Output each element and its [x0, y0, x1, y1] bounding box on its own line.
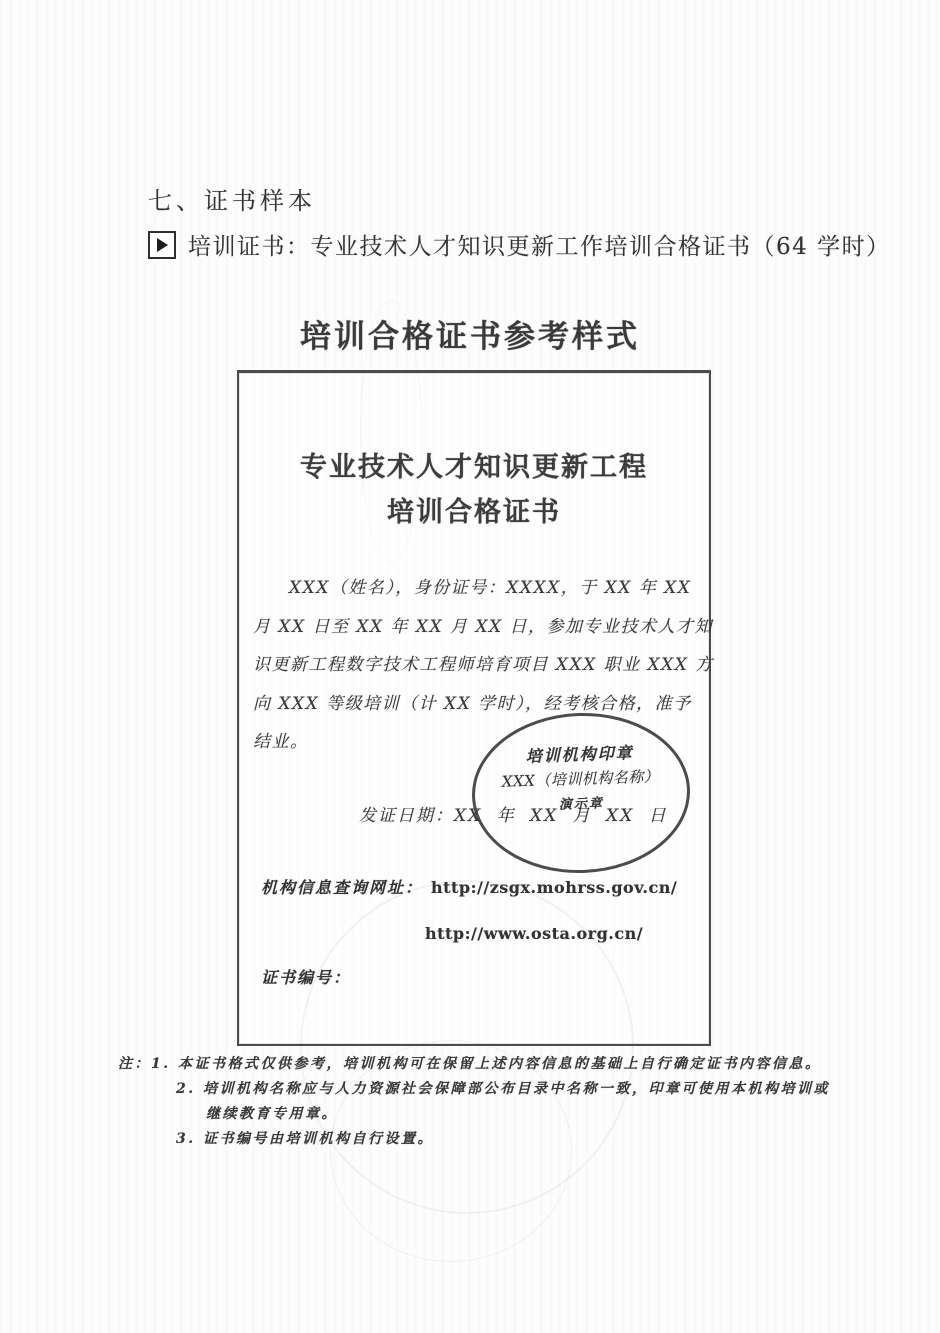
certificate-title-line2: 培训合格证书 — [239, 490, 709, 529]
body-line: XXX（姓名），身份证号：XXXX，于 XX 年 XX — [253, 569, 697, 608]
certificate-box: 专业技术人才知识更新工程 培训合格证书 XXX（姓名），身份证号：XXXX，于 … — [237, 370, 711, 1046]
note-line: 3. 证书编号由培训机构自行设置。 — [118, 1127, 928, 1152]
body-line: 识更新工程数字技术工程师培育项目 XXX 职业 XXX 方 — [253, 646, 697, 685]
seal-line1: 培训机构印章 — [473, 738, 686, 768]
seal-line2: XXX（培训机构名称） — [474, 764, 687, 792]
note-line: 2. 培训机构名称应与人力资源社会保障部公布目录中名称一致，印章可使用本机构培训… — [118, 1077, 928, 1102]
play-triangle-icon — [157, 238, 168, 252]
body-line: 月 XX 日至 XX 年 XX 月 XX 日，参加专业技术人才知 — [253, 608, 697, 647]
seal-line3: 演示章 — [475, 789, 688, 815]
seal-text: 培训机构印章 XXX（培训机构名称） 演示章 — [473, 738, 687, 815]
certificate-title-line1: 专业技术人才知识更新工程 — [239, 445, 709, 484]
sample-style-heading: 培训合格证书参考样式 — [0, 311, 940, 356]
body-line: 向 XXX 等级培训（计 XX 学时），经考核合格，准予 — [253, 685, 697, 724]
query-url-label: 机构信息查询网址： — [261, 878, 423, 897]
note-line: 继续教育专用章。 — [118, 1102, 928, 1127]
bullet-item-label: 培训证书：专业技术人才知识更新工作培训合格证书（64 学时） — [188, 228, 891, 261]
query-url-line: 机构信息查询网址：http://zsgx.mohrss.gov.cn/ — [261, 875, 677, 898]
footnotes: 注：1. 本证书格式仅供参考，培训机构可在保留上述内容信息的基础上自行确定证书内… — [118, 1052, 928, 1152]
section-title: 七、证书样本 — [148, 181, 316, 216]
note-line: 注：1. 本证书格式仅供参考，培训机构可在保留上述内容信息的基础上自行确定证书内… — [118, 1052, 928, 1077]
bullet-item: 培训证书：专业技术人才知识更新工作培训合格证书（64 学时） — [148, 228, 868, 261]
secondary-url: http://www.osta.org.cn/ — [425, 924, 643, 943]
certificate-number-label: 证书编号： — [261, 965, 351, 988]
play-bullet-icon — [148, 231, 176, 259]
scanned-document-page: 七、证书样本 培训证书：专业技术人才知识更新工作培训合格证书（64 学时） 培训… — [0, 0, 940, 1333]
query-url-value: http://zsgx.mohrss.gov.cn/ — [423, 878, 677, 897]
